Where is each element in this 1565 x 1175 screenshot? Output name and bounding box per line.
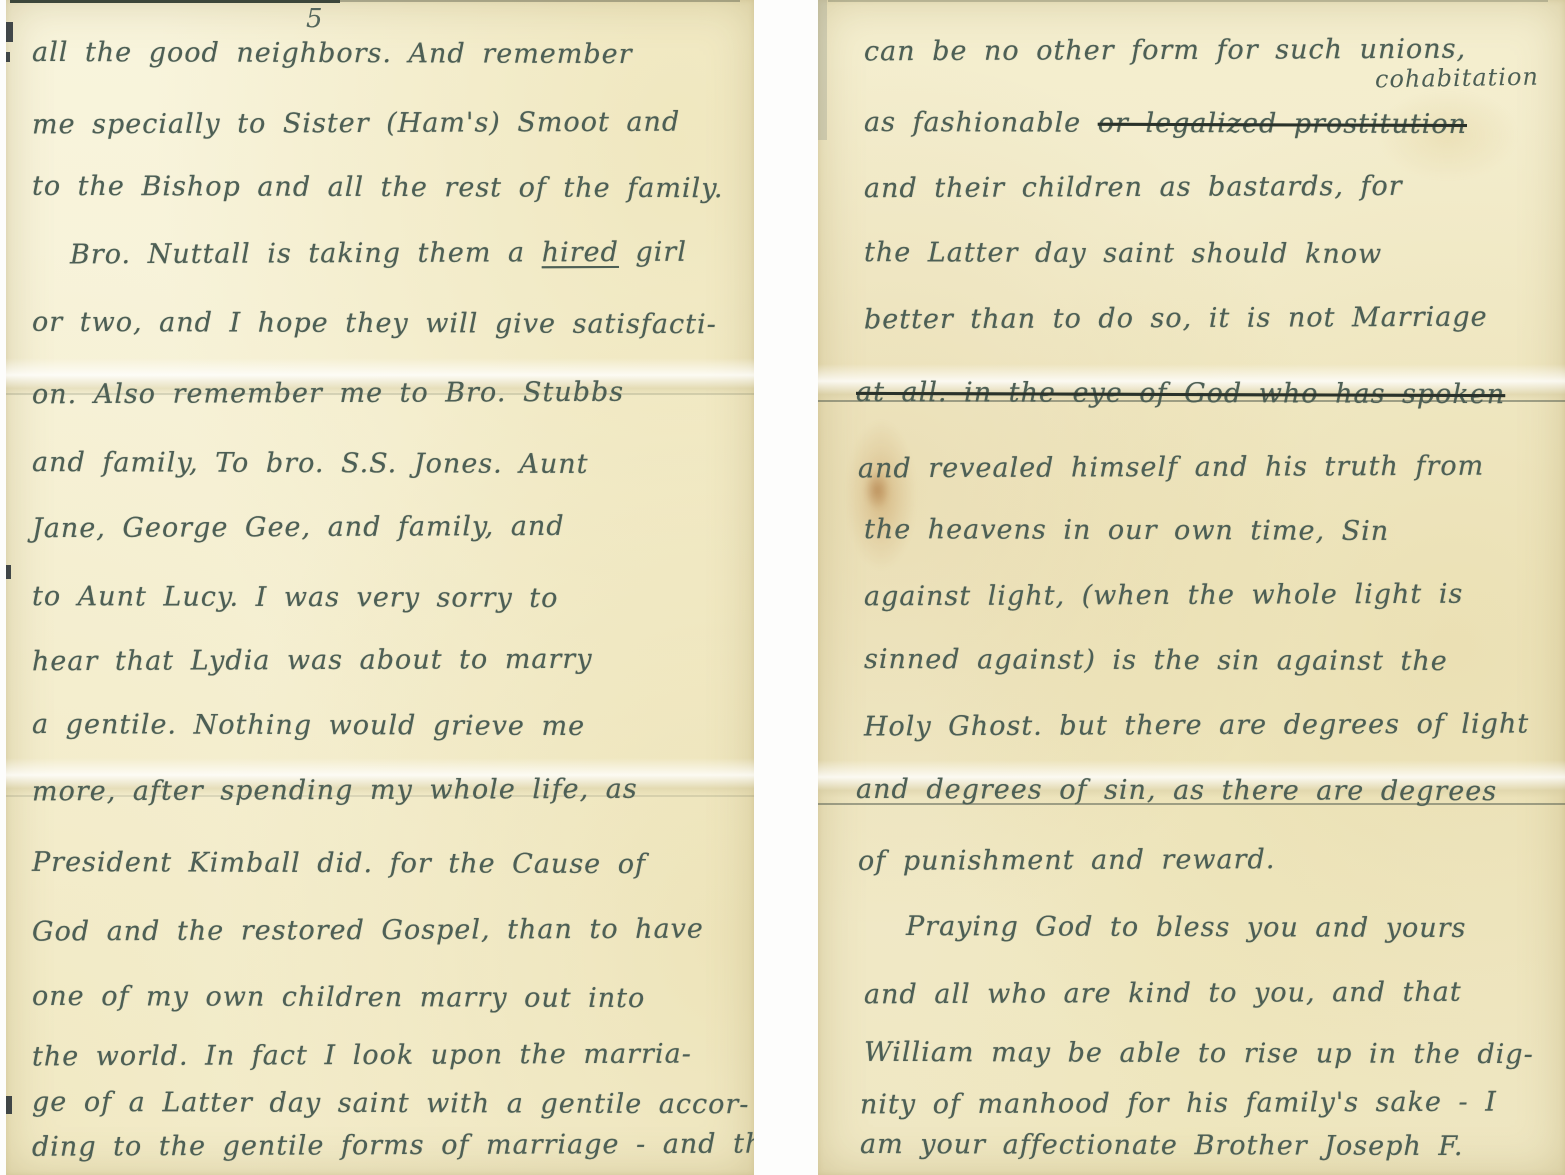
letter-line: more, after spending my whole life, as — [32, 774, 638, 823]
letter-line: nity of manhood for his family's sake - … — [860, 1087, 1497, 1136]
edge-mark — [6, 565, 11, 579]
letter-line: all the good neighbors. And remember — [32, 37, 633, 85]
letter-line: and their children as bastards, for — [864, 171, 1403, 219]
page-edge-line — [828, 0, 1548, 2]
letter-line: Praying God to bless you and yours — [906, 911, 1467, 959]
letter-scan: 5 all the good neighbors. And remember m… — [0, 0, 1565, 1175]
letter-line: William may be able to rise up in the di… — [864, 1037, 1534, 1085]
letter-line: Jane, George Gee, and family, and — [32, 511, 565, 559]
letter-line: the world. In fact I look upon the marri… — [32, 1039, 692, 1088]
letter-line: the heavens in our own time, Sin — [864, 514, 1389, 562]
letter-line: to Aunt Lucy. I was very sorry to — [32, 581, 559, 629]
letter-line: President Kimball did. for the Cause of — [32, 847, 646, 895]
letter-line: can be no other form for such unions, — [864, 34, 1466, 83]
letter-line: or two, and I hope they will give satisf… — [32, 307, 717, 355]
letter-line: and all who are kind to you, and that — [864, 977, 1462, 1026]
edge-mark — [6, 1096, 12, 1114]
line-segment: girl — [619, 237, 687, 268]
letter-line: to the Bishop and all the rest of the fa… — [32, 171, 724, 219]
letter-line: hear that Lydia was about to marry — [32, 644, 593, 692]
letter-line: a gentile. Nothing would grieve me — [32, 709, 585, 757]
letter-line: me specially to Sister (Ham's) Smoot and — [32, 107, 680, 156]
letter-line: the Latter day saint should know — [864, 237, 1382, 285]
underlined-word: hired — [542, 237, 619, 268]
page-edge-line — [10, 0, 340, 3]
page-number: 5 — [306, 4, 323, 34]
signature-line: am your affectionate Brother Joseph F. — [860, 1129, 1464, 1175]
letter-line: and revealed himself and his truth from — [858, 451, 1484, 500]
edge-mark — [6, 22, 13, 42]
letter-line: on. Also remember me to Bro. Stubbs — [32, 377, 624, 426]
edge-mark — [818, 0, 827, 140]
letter-page-left: 5 all the good neighbors. And remember m… — [6, 0, 754, 1175]
letter-line: ding to the gentile forms of marriage - … — [32, 1128, 754, 1175]
edge-mark — [6, 52, 10, 62]
letter-line: of punishment and reward. — [858, 844, 1276, 892]
letter-line: better than to do so, it is not Marriage — [864, 302, 1488, 351]
line-segment: as fashionable — [864, 107, 1098, 139]
struck-phrase: or legalized prostitution — [1098, 108, 1467, 140]
letter-line: as fashionable or legalized prostitution — [864, 107, 1467, 155]
letter-line: and degrees of sin, as there are degrees — [856, 774, 1497, 822]
letter-line: Bro. Nuttall is taking them a hired girl — [70, 237, 687, 286]
line-segment: Bro. Nuttall is taking them a — [70, 237, 542, 270]
letter-line: one of my own children marry out into — [32, 981, 645, 1029]
letter-line: Holy Ghost. but there are degrees of lig… — [864, 709, 1529, 758]
letter-line: against light, (when the whole light is — [864, 579, 1464, 628]
struck-line: at all. in the eye of God who has spoken — [856, 377, 1505, 425]
letter-line: ge of a Latter day saint with a gentile … — [32, 1087, 750, 1136]
letter-line: sinned against) is the sin against the — [864, 644, 1448, 692]
letter-line: and family, To bro. S.S. Jones. Aunt — [32, 447, 589, 495]
page-edge-line — [340, 0, 740, 2]
letter-page-right: cohabitation can be no other form for su… — [818, 0, 1565, 1175]
letter-line: God and the restored Gospel, than to hav… — [32, 914, 704, 963]
